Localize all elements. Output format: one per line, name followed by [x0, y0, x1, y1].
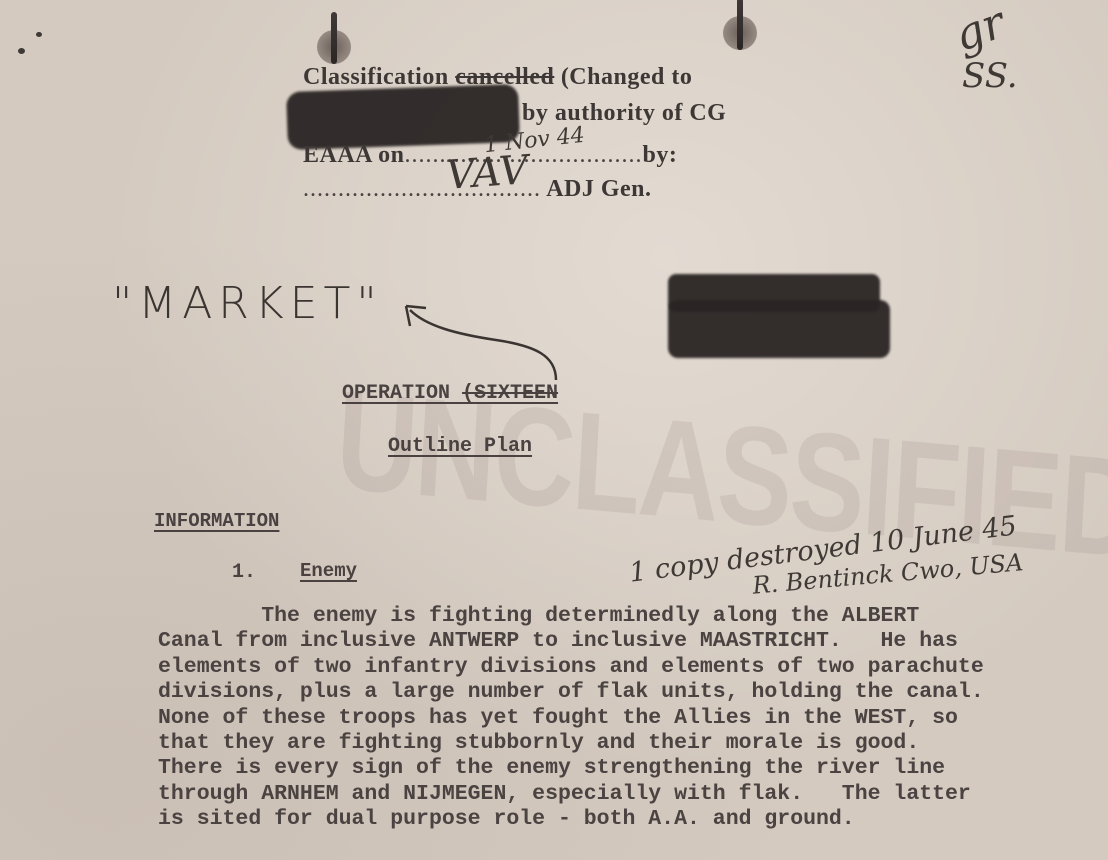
paragraph-line: There is every sign of the enemy strengt…: [158, 756, 984, 781]
operation-title: OPERATION (SIXTEEN: [342, 382, 558, 405]
classification-word: Classification: [303, 64, 449, 90]
operation-label: OPERATION: [342, 382, 450, 405]
paragraph-line: that they are fighting stubbornly and th…: [158, 731, 984, 756]
paper-speck: [18, 48, 25, 54]
struck-codename: (SIXTEEN: [462, 382, 558, 405]
paper-speck: [36, 32, 42, 37]
item-number: 1.: [232, 560, 256, 585]
by-text: by:: [643, 142, 678, 168]
paragraph-line: divisions, plus a large number of flak u…: [158, 680, 984, 705]
enemy-paragraph: The enemy is fighting determinedly along…: [158, 604, 984, 833]
enemy-item-title: Enemy: [300, 560, 357, 582]
handwritten-initials: VAV: [444, 147, 529, 199]
handwritten-market-title: "MARKET": [112, 278, 383, 329]
information-heading: INFORMATION: [154, 510, 279, 532]
paragraph-line: Canal from inclusive ANTWERP to inclusiv…: [158, 629, 984, 654]
paragraph-line: The enemy is fighting determinedly along…: [158, 604, 984, 629]
classification-line-2: by authority of CG: [522, 100, 726, 127]
redaction-blot-secret-2: [668, 300, 890, 358]
changed-to-text: (Changed to: [561, 64, 693, 90]
paragraph-line: None of these troops has yet fought the …: [158, 706, 984, 731]
outline-plan-subtitle: Outline Plan: [388, 435, 532, 458]
paragraph-line: is sited for dual purpose role - both A.…: [158, 807, 984, 832]
corner-initials-bottom: SS.: [962, 56, 1018, 96]
fastener-left-icon: [317, 30, 351, 64]
paragraph-line: through ARNHEM and NIJMEGEN, especially …: [158, 782, 984, 807]
authority-text: by authority of CG: [522, 100, 726, 126]
adj-gen-text: ADJ Gen.: [546, 176, 651, 202]
eaaa-on-text: EAAA on: [303, 142, 405, 168]
paragraph-line: elements of two infantry divisions and e…: [158, 655, 984, 680]
fastener-right-icon: [723, 16, 757, 50]
